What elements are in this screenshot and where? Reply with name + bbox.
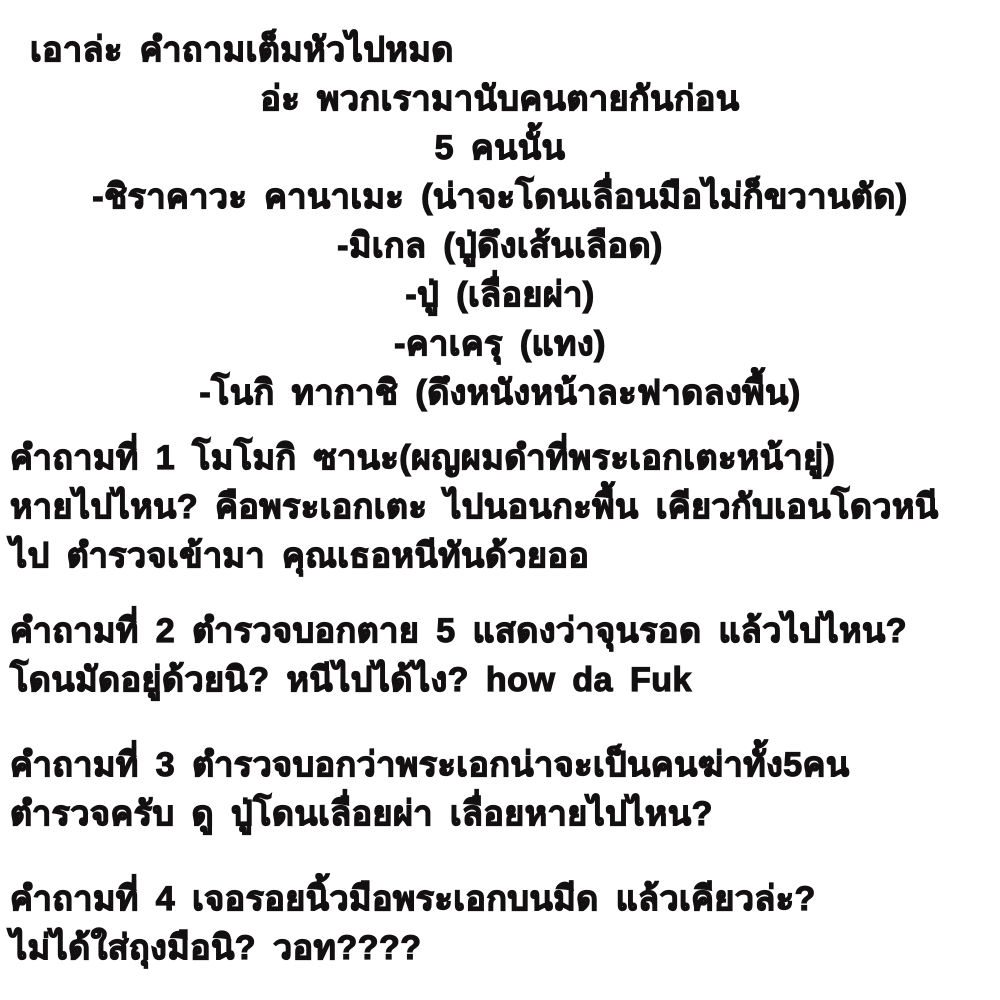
question-3-line-1: คำถามที่ 3 ตำรวจบอกว่าพระเอกน่าจะเป็นคนฆ…	[10, 741, 996, 790]
intro-line-1: เอาล่ะ คำถามเต็มหัวไปหมด	[0, 26, 1000, 75]
question-block-1: คำถามที่ 1 โมโมกิ ซานะ(ผญผมดำที่พระเอกเต…	[0, 434, 1000, 581]
death-list: -ชิราคาวะ คานาเมะ (น่าจะโดนเลื่อนมือไม่ก…	[0, 173, 1000, 418]
question-1-line-1: คำถามที่ 1 โมโมกิ ซานะ(ผญผมดำที่พระเอกเต…	[10, 434, 996, 483]
question-block-4: คำถามที่ 4 เจอรอยนิ้วมือพระเอกบนมีด แล้ว…	[0, 875, 1000, 973]
question-block-2: คำถามที่ 2 ตำรวจบอกตาย 5 แสดงว่าจุนรอด แ…	[0, 607, 1000, 705]
question-3-line-2: ตำรวจครับ ดู ปู่โดนเลื่อยผ่า เลื่อยหายไป…	[10, 790, 996, 839]
death-list-item-1: -ชิราคาวะ คานาเมะ (น่าจะโดนเลื่อนมือไม่ก…	[0, 173, 1000, 222]
intro-line-2: อ่ะ พวกเรามานับคนตายกันก่อน	[0, 75, 1000, 124]
intro-line-3: 5 คนนั้น	[0, 124, 1000, 173]
death-list-item-4: -คาเครุ (แทง)	[0, 320, 1000, 369]
death-list-item-2: -มิเกล (ปู่ดึงเส้นเลือด)	[0, 222, 1000, 271]
question-1-line-2: หายไปไหน? คือพระเอกเตะ ไปนอนกะพื้น เคียว…	[10, 483, 996, 532]
question-4-line-1: คำถามที่ 4 เจอรอยนิ้วมือพระเอกบนมีด แล้ว…	[10, 875, 996, 924]
question-1-line-3: ไป ตำรวจเข้ามา คุณเธอหนีทันด้วยออ	[10, 532, 996, 581]
death-list-item-5: -โนกิ ทากาชิ (ดึงหนังหน้าละฟาดลงพื้น)	[0, 369, 1000, 418]
question-4-line-2: ไม่ได้ใส่ถุงมือนิ? วอท????	[10, 924, 996, 973]
text-page: เอาล่ะ คำถามเต็มหัวไปหมด อ่ะ พวกเรามานับ…	[0, 0, 1000, 1000]
question-block-3: คำถามที่ 3 ตำรวจบอกว่าพระเอกน่าจะเป็นคนฆ…	[0, 741, 1000, 839]
death-list-item-3: -ปู่ (เลื่อยผ่า)	[0, 271, 1000, 320]
question-2-line-1: คำถามที่ 2 ตำรวจบอกตาย 5 แสดงว่าจุนรอด แ…	[10, 607, 996, 656]
question-2-line-2: โดนมัดอยู่ด้วยนิ? หนีไปได้ไง? how da Fuk	[10, 656, 996, 705]
